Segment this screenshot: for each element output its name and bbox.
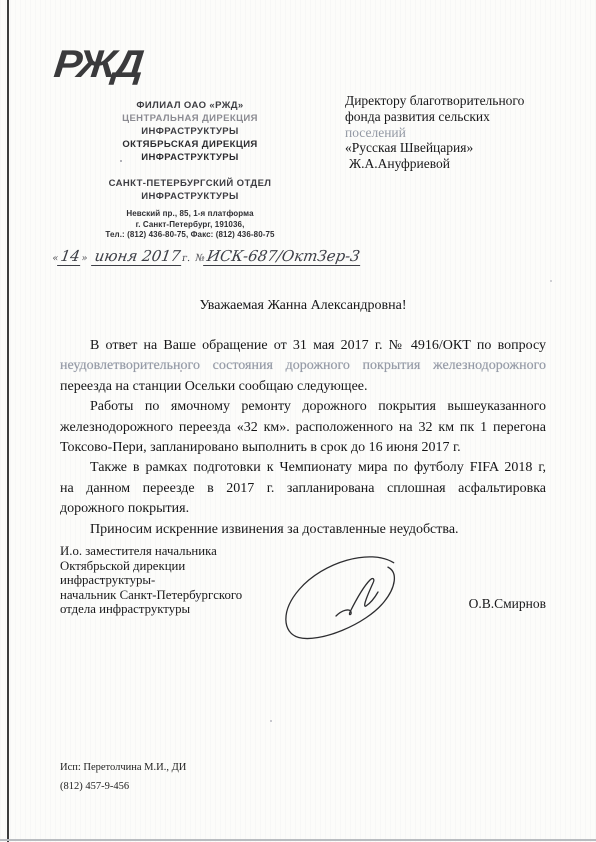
handwritten-signature [278, 552, 418, 644]
sender-address-line: Невский пр., 85, 1-я платформа [50, 209, 330, 220]
signature-title-line: начальник Санкт-Петербургского [60, 588, 290, 603]
executor-phone: (812) 457-9-456 [60, 777, 186, 796]
spacer [50, 164, 330, 177]
sender-org-line: ЦЕНТРАЛЬНАЯ ДИРЕКЦИЯ [50, 112, 330, 125]
recipient-name: Ж.А.Ануфриевой [345, 156, 570, 172]
scanned-letter-page: РЖД ФИЛИАЛ ОАО «РЖД» ЦЕНТРАЛЬНАЯ ДИРЕКЦИ… [0, 0, 596, 842]
sender-address-line: Тел.: (812) 436-80-75, Факс: (812) 436-8… [50, 230, 330, 241]
sender-address-line: г. Санкт-Петербург, 191036, [50, 220, 330, 231]
signature-title-line: отдела инфраструктуры [60, 602, 290, 617]
recipient-block: Директору благотворительного фонда разви… [345, 93, 570, 172]
signature-title-block: И.о. заместителя начальника Октябрьской … [60, 544, 290, 617]
recipient-line: Директору благотворительного [345, 93, 570, 109]
body-line: железнодорожного переезда «32 км». распо… [60, 418, 546, 438]
executor-note: Исп: Перетолчина М.И., ДИ [60, 758, 186, 777]
rzd-logo-text: РЖД [52, 42, 143, 85]
signature-title-line: инфраструктуры- [60, 573, 290, 588]
signature-title-line: Октябрьской дирекции [60, 559, 290, 574]
recipient-line: поселений [345, 125, 570, 141]
letter-body: В ответ на Ваше обращение от 31 мая 2017… [60, 336, 546, 540]
ref-line: «14» июня 2017г. №ИСК-687/ОктЗер-3 [50, 247, 344, 273]
body-line: Также в рамках подготовки к Чемпионату м… [60, 458, 546, 478]
sender-org-line: ОКТЯБРЬСКАЯ ДИРЕКЦИЯ [50, 138, 330, 151]
salutation: Уважаемая Жанна Александровна! [60, 298, 546, 314]
body-line: на данном переезде в 2017 г. запланирова… [60, 479, 546, 499]
date-rest-handwritten: июня 2017 [91, 247, 184, 266]
sender-org-line: ФИЛИАЛ ОАО «РЖД» [50, 99, 330, 112]
scan-artifact-left-line [7, 0, 9, 842]
body-line: неудовлетворительного состояния дорожног… [60, 356, 546, 376]
recipient-line: «Русская Швейцария» [345, 140, 570, 156]
close-quote: » [81, 253, 89, 264]
sender-dept-line: САНКТ-ПЕТЕРБУРГСКИЙ ОТДЕЛ [50, 177, 330, 190]
recipient-line: фонда развития сельских [345, 109, 570, 125]
date-g-mark: г. [181, 253, 191, 264]
scan-artifact-bottom-line [0, 839, 596, 841]
sender-org-line: ИНФРАСТРУКТУРЫ [50, 151, 330, 164]
body-line: Приносим искренние извинения за доставле… [60, 520, 546, 540]
sender-org-line: ИНФРАСТРУКТУРЫ [50, 125, 330, 138]
signer-name: О.В.Смирнов [430, 596, 546, 612]
body-line: Работы по ямочному ремонту дорожного пок… [60, 397, 546, 417]
rzd-logo: РЖД [51, 42, 166, 90]
body-line: В ответ на Ваше обращение от 31 мая 2017… [60, 336, 546, 356]
doc-number-handwritten: ИСК-687/ОктЗер-3 [203, 247, 363, 266]
executor-block: Исп: Перетолчина М.И., ДИ (812) 457-9-45… [60, 758, 186, 796]
sender-block: ФИЛИАЛ ОАО «РЖД» ЦЕНТРАЛЬНАЯ ДИРЕКЦИЯ ИН… [50, 99, 330, 241]
signature-title-line: И.о. заместителя начальника [60, 544, 290, 559]
sender-dept-line: ИНФРАСТРУКТУРЫ [50, 190, 330, 203]
